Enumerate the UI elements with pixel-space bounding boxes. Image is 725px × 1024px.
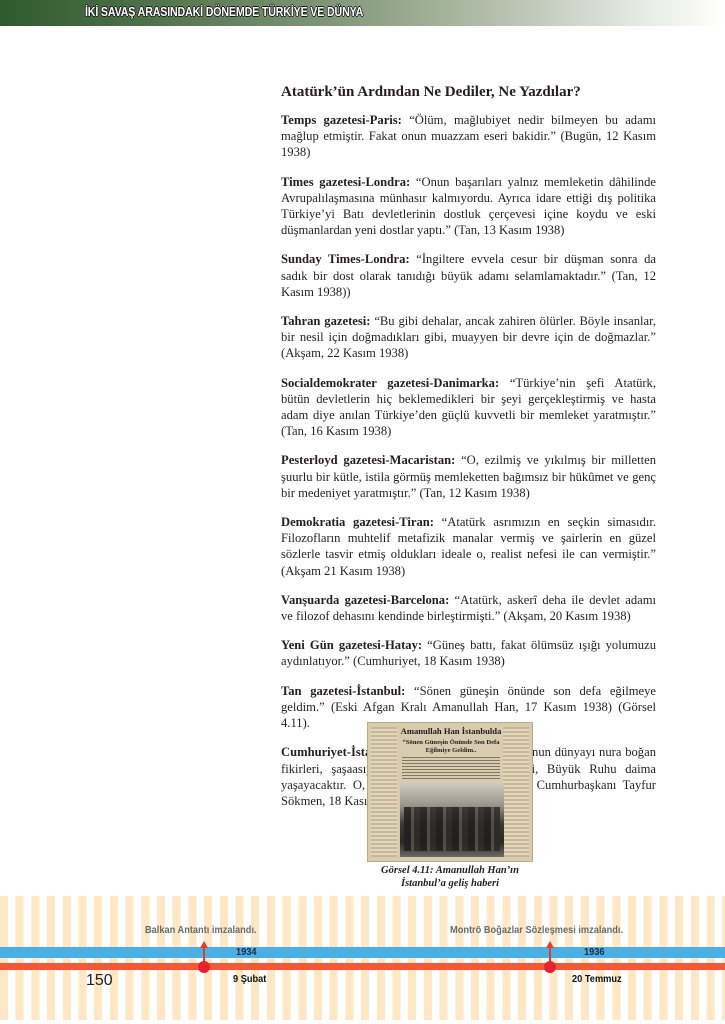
timeline: Balkan Antantı imzalandı. 1934 9 Şubat M… [0,896,725,1020]
crowd-figures [404,807,500,851]
quote-item: Demokratia gazetesi-Tiran: “Atatürk asrı… [281,514,656,579]
quote-source: Vanşuarda gazetesi-Barcelona: [281,593,449,607]
newspaper-photo [400,783,504,857]
timeline-date-band [0,963,725,970]
figure-caption: Görsel 4.11: Amanullah Han’ın İstanbul’a… [360,864,540,890]
quote-source: Sunday Times-Londra: [281,252,410,266]
chapter-header-bar: İKİ SAVAŞ ARASINDAKİ DÖNEMDE TÜRKİYE VE … [0,0,725,26]
newspaper-subheadline: “Sönen Güneşin Önünde Son Defa Eğilmiye … [400,739,502,755]
quote-item: Pesterloyd gazetesi-Macaristan: “O, ezil… [281,452,656,501]
quote-source: Times gazetesi-Londra: [281,175,410,189]
timeline-year: 1934 [236,946,257,958]
page-number: 150 [86,972,113,990]
quote-item: Yeni Gün gazetesi-Hatay: “Güneş battı, f… [281,637,656,669]
caption-line: İstanbul’a geliş haberi [360,877,540,890]
quote-source: Pesterloyd gazetesi-Macaristan: [281,453,455,467]
timeline-year: 1936 [584,946,605,958]
quote-source: Socialdemokrater gazetesi-Danimarka: [281,376,499,390]
timeline-marker-dot [544,961,556,973]
newspaper-image: Amanullah Han İstanbulda “Sönen Güneşin … [367,722,533,862]
timeline-date: 20 Temmuz [572,973,622,985]
timeline-marker-dot [198,961,210,973]
quote-item: Vanşuarda gazetesi-Barcelona: “Atatürk, … [281,592,656,624]
quote-item: Socialdemokrater gazetesi-Danimarka: “Tü… [281,375,656,440]
main-content: Atatürk’ün Ardından Ne Dediler, Ne Yazdı… [281,83,656,822]
section-title: Atatürk’ün Ardından Ne Dediler, Ne Yazdı… [281,83,656,101]
newspaper-side-column [371,727,397,857]
quote-source: Temps gazetesi-Paris: [281,113,402,127]
timeline-year-band [0,947,725,958]
quote-item: Temps gazetesi-Paris: “Ölüm, mağlubiyet … [281,112,656,161]
quote-item: Tahran gazetesi: “Bu gibi dehalar, ancak… [281,313,656,362]
quote-item: Sunday Times-Londra: “İngiltere evvela c… [281,251,656,300]
timeline-date: 9 Şubat [233,973,266,985]
newspaper-body-text [402,757,500,781]
quote-source: Tan gazetesi-İstanbul: [281,684,405,698]
newspaper-side-column [503,727,529,857]
quote-source: Yeni Gün gazetesi-Hatay: [281,638,422,652]
chapter-title: İKİ SAVAŞ ARASINDAKİ DÖNEMDE TÜRKİYE VE … [85,4,363,19]
timeline-event-label: Balkan Antantı imzalandı. [145,924,257,936]
newspaper-headline: Amanullah Han İstanbulda [400,726,502,736]
quote-item: Times gazetesi-Londra: “Onun başarıları … [281,174,656,239]
caption-line: Görsel 4.11: Amanullah Han’ın [360,864,540,877]
quote-source: Demokratia gazetesi-Tiran: [281,515,434,529]
quote-source: Tahran gazetesi: [281,314,370,328]
timeline-event-label: Montrö Boğazlar Sözleşmesi imzalandı. [450,924,623,936]
